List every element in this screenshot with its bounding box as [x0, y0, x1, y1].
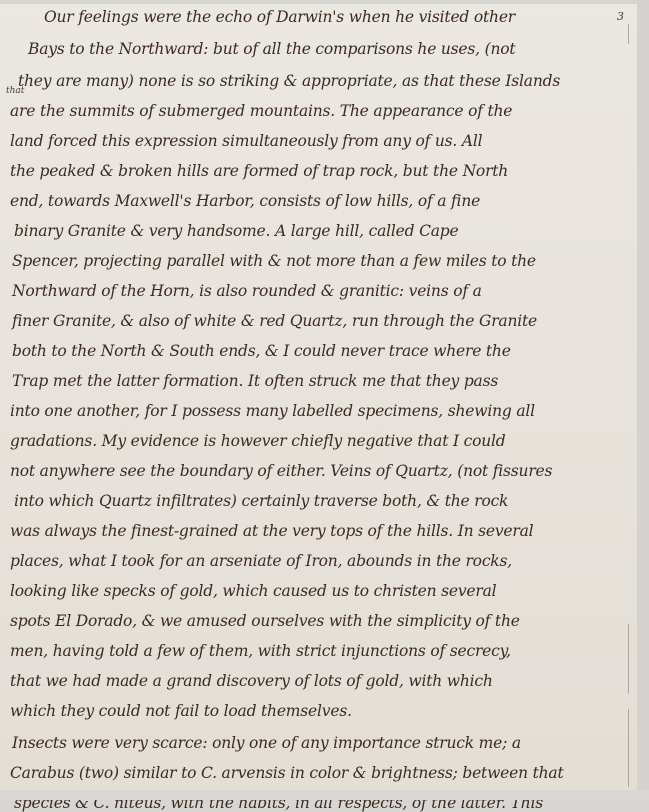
manuscript-line: spots El Dorado, & we amused ourselves w…: [10, 612, 520, 630]
manuscript-line: was always the finest-grained at the ver…: [10, 522, 533, 540]
margin-rule: [628, 624, 629, 694]
manuscript-line: men, having told a few of them, with str…: [10, 642, 511, 660]
page-edge: [637, 0, 649, 800]
margin-rule: [628, 24, 629, 44]
manuscript-line: Trap met the latter formation. It often …: [12, 372, 498, 390]
manuscript-line: places, what I took for an arseniate of …: [10, 552, 512, 570]
manuscript-line: Carabus (two) similar to C. arvensis in …: [10, 764, 564, 782]
page-number: 3: [617, 10, 624, 23]
manuscript-line: Northward of the Horn, is also rounded &…: [12, 282, 482, 300]
manuscript-line: Our feelings were the echo of Darwin's w…: [44, 8, 515, 26]
manuscript-line: end, towards Maxwell's Harbor, consists …: [10, 192, 480, 210]
manuscript-line: binary Granite & very handsome. A large …: [14, 222, 459, 240]
manuscript-line: into one another, for I possess many lab…: [10, 402, 535, 420]
manuscript-line: into which Quartz infiltrates) certainly…: [14, 492, 508, 510]
manuscript-line: not anywhere see the boundary of either.…: [10, 462, 552, 480]
manuscript-line: Spencer, projecting parallel with & not …: [12, 252, 536, 270]
page-edge-bottom: [0, 790, 649, 800]
manuscript-line: are the summits of submerged mountains. …: [10, 102, 512, 120]
manuscript-line: the peaked & broken hills are formed of …: [10, 162, 508, 180]
manuscript-line: that we had made a grand discovery of lo…: [10, 672, 493, 690]
manuscript-line: which they could not fail to load themse…: [10, 702, 352, 720]
manuscript-line: Insects were very scarce: only one of an…: [12, 734, 521, 752]
manuscript-line: Bays to the Northward: but of all the co…: [28, 40, 515, 58]
manuscript-page: 3 that Our feelings were the echo of Dar…: [0, 4, 637, 790]
manuscript-line: they are many) none is so striking & app…: [18, 72, 560, 90]
manuscript-line: land forced this expression simultaneous…: [10, 132, 482, 150]
manuscript-line: gradations. My evidence is however chief…: [10, 432, 505, 450]
manuscript-line: finer Granite, & also of white & red Qua…: [12, 312, 537, 330]
manuscript-line: looking like specks of gold, which cause…: [10, 582, 496, 600]
margin-rule: [628, 709, 629, 787]
manuscript-line: both to the North & South ends, & I coul…: [12, 342, 511, 360]
